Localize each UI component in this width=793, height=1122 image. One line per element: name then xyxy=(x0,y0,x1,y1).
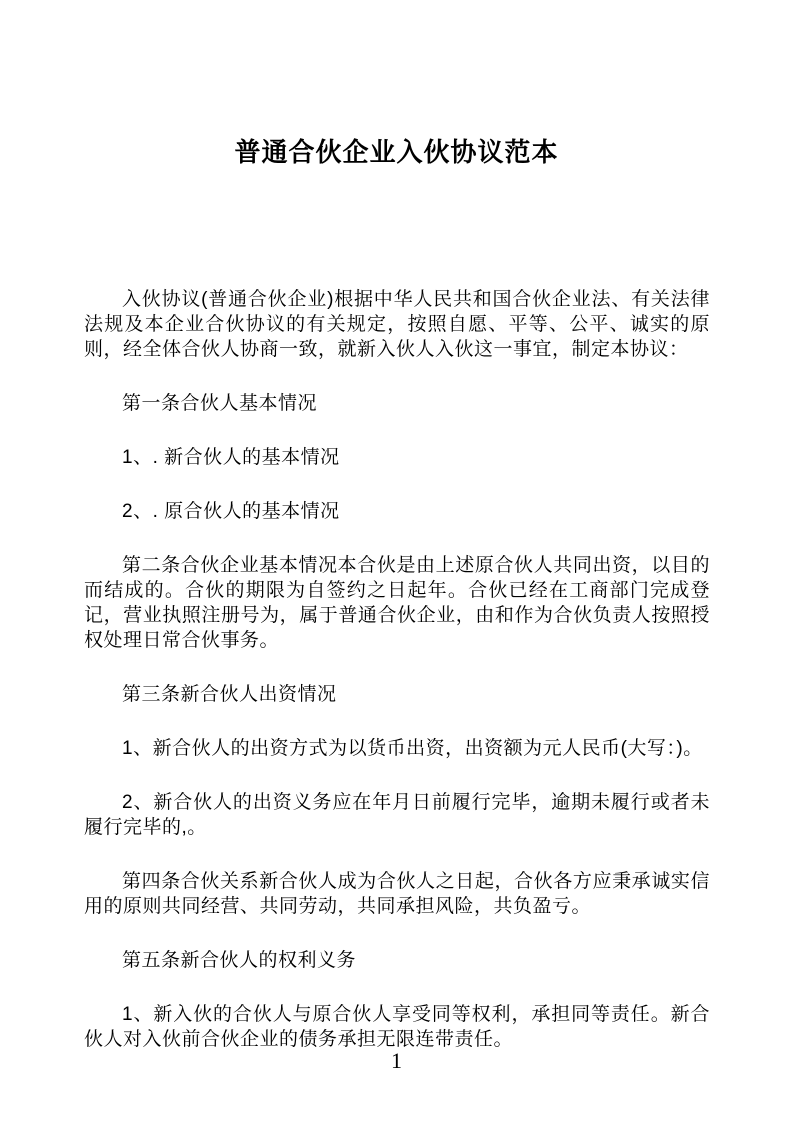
article-5-item-1: 1、新入伙的合伙人与原合伙人享受同等权利，承担同等责任。新合伙人对入伙前合伙企业… xyxy=(84,1002,710,1052)
article-3-heading: 第三条新合伙人出资情况 xyxy=(84,682,710,707)
article-3-item-1: 1、新合伙人的出资方式为以货币出资，出资额为元人民币(大写：)。 xyxy=(84,736,710,761)
document-page: 普通合伙企业入伙协议范本 入伙协议(普通合伙企业)根据中华人民共和国合伙企业法、… xyxy=(0,0,793,1122)
article-1-item-1: 1、. 新合伙人的基本情况 xyxy=(84,445,710,470)
article-2-paragraph: 第二条合伙企业基本情况本合伙是由上述原合伙人共同出资，以目的而结成的。合伙的期限… xyxy=(84,553,710,653)
article-3-item-2: 2、新合伙人的出资义务应在年月日前履行完毕，逾期未履行或者未履行完毕的,。 xyxy=(84,790,710,840)
page-number: 1 xyxy=(0,1048,793,1074)
article-5-heading: 第五条新合伙人的权利义务 xyxy=(84,948,710,973)
article-4-paragraph: 第四条合伙关系新合伙人成为合伙人之日起，合伙各方应秉承诚实信用的原则共同经营、共… xyxy=(84,869,710,919)
document-body: 入伙协议(普通合伙企业)根据中华人民共和国合伙企业法、有关法律法规及本企业合伙协… xyxy=(84,287,710,1052)
document-title: 普通合伙企业入伙协议范本 xyxy=(0,0,793,168)
intro-paragraph: 入伙协议(普通合伙企业)根据中华人民共和国合伙企业法、有关法律法规及本企业合伙协… xyxy=(84,287,710,362)
article-1-item-2: 2、. 原合伙人的基本情况 xyxy=(84,499,710,524)
article-1-heading: 第一条合伙人基本情况 xyxy=(84,391,710,416)
